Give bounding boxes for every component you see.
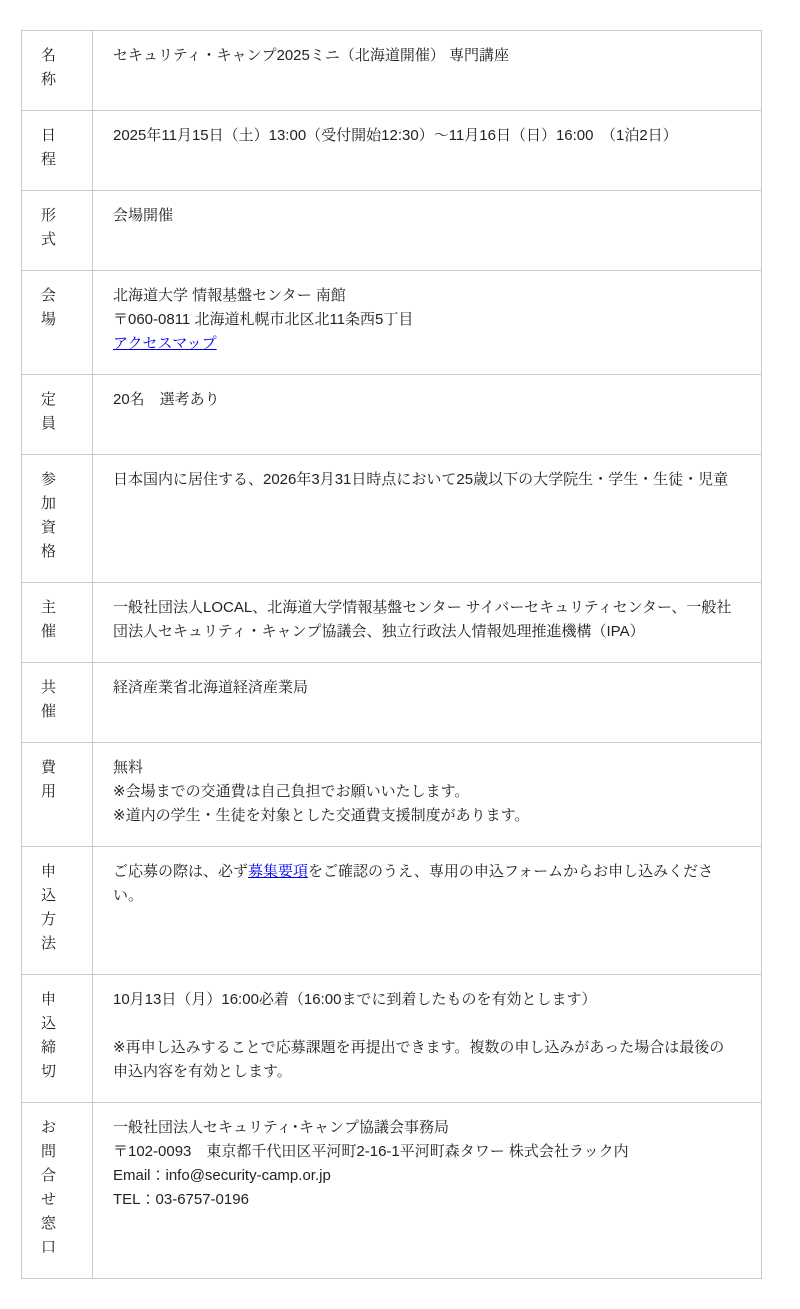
table-row-eligibility: 参加資格 日本国内に居住する、2026年3月31日時点において25歳以下の大学院… <box>22 455 762 583</box>
row-label-application: 申込方法 <box>22 847 93 975</box>
table-row-organizer: 主催 一般社団法人LOCAL、北海道大学情報基盤センター サイバーセキュリティセ… <box>22 583 762 663</box>
venue-address: 〒060-0811 北海道札幌市北区北11条西5丁目 <box>113 308 735 332</box>
table-row-capacity: 定員 20名 選考あり <box>22 375 762 455</box>
spacer <box>113 1012 735 1036</box>
access-map-link[interactable]: アクセスマップ <box>113 335 217 352</box>
row-label-fee: 費用 <box>22 743 93 847</box>
row-label-name: 名称 <box>22 31 93 111</box>
event-format: 会場開催 <box>113 204 735 228</box>
row-label-organizer: 主催 <box>22 583 93 663</box>
table-row-format: 形式 会場開催 <box>22 191 762 271</box>
row-label-text: 名称 <box>41 44 58 92</box>
table-row-contact: お問合せ窓口 一般社団法人セキュリティ･キャンプ協議会事務局 〒102-0093… <box>22 1103 762 1279</box>
row-label-text: 定員 <box>41 388 58 436</box>
row-value-contact: 一般社団法人セキュリティ･キャンプ協議会事務局 〒102-0093 東京都千代田… <box>93 1103 762 1279</box>
event-name: セキュリティ・キャンプ2025ミニ（北海道開催） 専門講座 <box>113 44 735 68</box>
row-label-text: 共催 <box>41 676 58 724</box>
row-label-venue: 会場 <box>22 271 93 375</box>
row-label-text: 会場 <box>41 284 58 332</box>
row-label-contact: お問合せ窓口 <box>22 1103 93 1279</box>
contact-email: Email：info@security-camp.or.jp <box>113 1164 735 1188</box>
row-label-text: 主催 <box>41 596 58 644</box>
row-label-capacity: 定員 <box>22 375 93 455</box>
row-value-application: ご応募の際は、必ず募集要項をご確認のうえ、専用の申込フォームからお申し込みくださ… <box>93 847 762 975</box>
contact-tel: TEL：03-6757-0196 <box>113 1188 735 1212</box>
row-label-text: 申込方法 <box>41 860 58 956</box>
table-row-name: 名称 セキュリティ・キャンプ2025ミニ（北海道開催） 専門講座 <box>22 31 762 111</box>
table-row-venue: 会場 北海道大学 情報基盤センター 南館 〒060-0811 北海道札幌市北区北… <box>22 271 762 375</box>
fee-note-transport: ※会場までの交通費は自己負担でお願いいたします。 <box>113 780 735 804</box>
table-row-deadline: 申込締切 10月13日（月）16:00必着（16:00までに到着したものを有効と… <box>22 975 762 1103</box>
row-label-text: 申込締切 <box>41 988 58 1084</box>
table-row-schedule: 日程 2025年11月15日（土）13:00（受付開始12:30）～11月16日… <box>22 111 762 191</box>
venue-name: 北海道大学 情報基盤センター 南館 <box>113 284 735 308</box>
row-label-text: 参加資格 <box>41 468 58 564</box>
row-value-organizer: 一般社団法人LOCAL、北海道大学情報基盤センター サイバーセキュリティセンター… <box>93 583 762 663</box>
table-row-application: 申込方法 ご応募の際は、必ず募集要項をご確認のうえ、専用の申込フォームからお申し… <box>22 847 762 975</box>
row-label-text: 日程 <box>41 124 58 172</box>
application-text: ご応募の際は、必ず募集要項をご確認のうえ、専用の申込フォームからお申し込みくださ… <box>113 860 735 908</box>
co-organizer-value: 経済産業省北海道経済産業局 <box>113 676 735 700</box>
venue-map-line: アクセスマップ <box>113 332 735 356</box>
contact-org: 一般社団法人セキュリティ･キャンプ協議会事務局 <box>113 1116 735 1140</box>
row-value-venue: 北海道大学 情報基盤センター 南館 〒060-0811 北海道札幌市北区北11条… <box>93 271 762 375</box>
application-text-pre: ご応募の際は、必ず <box>113 863 248 880</box>
table-row-co-organizer: 共催 経済産業省北海道経済産業局 <box>22 663 762 743</box>
capacity-value: 20名 選考あり <box>113 388 735 412</box>
row-label-text: 形式 <box>41 204 58 252</box>
event-info-table: 名称 セキュリティ・キャンプ2025ミニ（北海道開催） 専門講座 日程 2025… <box>21 30 762 1279</box>
eligibility-value: 日本国内に居住する、2026年3月31日時点において25歳以下の大学院生・学生・… <box>113 468 735 492</box>
row-value-format: 会場開催 <box>93 191 762 271</box>
deadline-note: ※再申し込みすることで応募課題を再提出できます。複数の申し込みがあった場合は最後… <box>113 1036 735 1084</box>
row-value-co-organizer: 経済産業省北海道経済産業局 <box>93 663 762 743</box>
row-label-co-organizer: 共催 <box>22 663 93 743</box>
row-value-deadline: 10月13日（月）16:00必着（16:00までに到着したものを有効とします） … <box>93 975 762 1103</box>
fee-note-support: ※道内の学生・生徒を対象とした交通費支援制度があります。 <box>113 804 735 828</box>
row-label-schedule: 日程 <box>22 111 93 191</box>
row-value-eligibility: 日本国内に居住する、2026年3月31日時点において25歳以下の大学院生・学生・… <box>93 455 762 583</box>
row-value-capacity: 20名 選考あり <box>93 375 762 455</box>
row-label-format: 形式 <box>22 191 93 271</box>
row-value-fee: 無料 ※会場までの交通費は自己負担でお願いいたします。 ※道内の学生・生徒を対象… <box>93 743 762 847</box>
row-label-text: お問合せ窓口 <box>41 1116 58 1260</box>
organizer-value: 一般社団法人LOCAL、北海道大学情報基盤センター サイバーセキュリティセンター… <box>113 596 735 644</box>
fee-value: 無料 <box>113 756 735 780</box>
event-schedule: 2025年11月15日（土）13:00（受付開始12:30）～11月16日（日）… <box>113 124 735 148</box>
guidelines-link[interactable]: 募集要項 <box>248 863 308 880</box>
row-label-text: 費用 <box>41 756 58 804</box>
contact-address: 〒102-0093 東京都千代田区平河町2-16-1平河町森タワー 株式会社ラッ… <box>113 1140 735 1164</box>
table-row-fee: 費用 無料 ※会場までの交通費は自己負担でお願いいたします。 ※道内の学生・生徒… <box>22 743 762 847</box>
row-value-name: セキュリティ・キャンプ2025ミニ（北海道開催） 専門講座 <box>93 31 762 111</box>
deadline-value: 10月13日（月）16:00必着（16:00までに到着したものを有効とします） <box>113 988 735 1012</box>
row-label-deadline: 申込締切 <box>22 975 93 1103</box>
row-value-schedule: 2025年11月15日（土）13:00（受付開始12:30）～11月16日（日）… <box>93 111 762 191</box>
row-label-eligibility: 参加資格 <box>22 455 93 583</box>
